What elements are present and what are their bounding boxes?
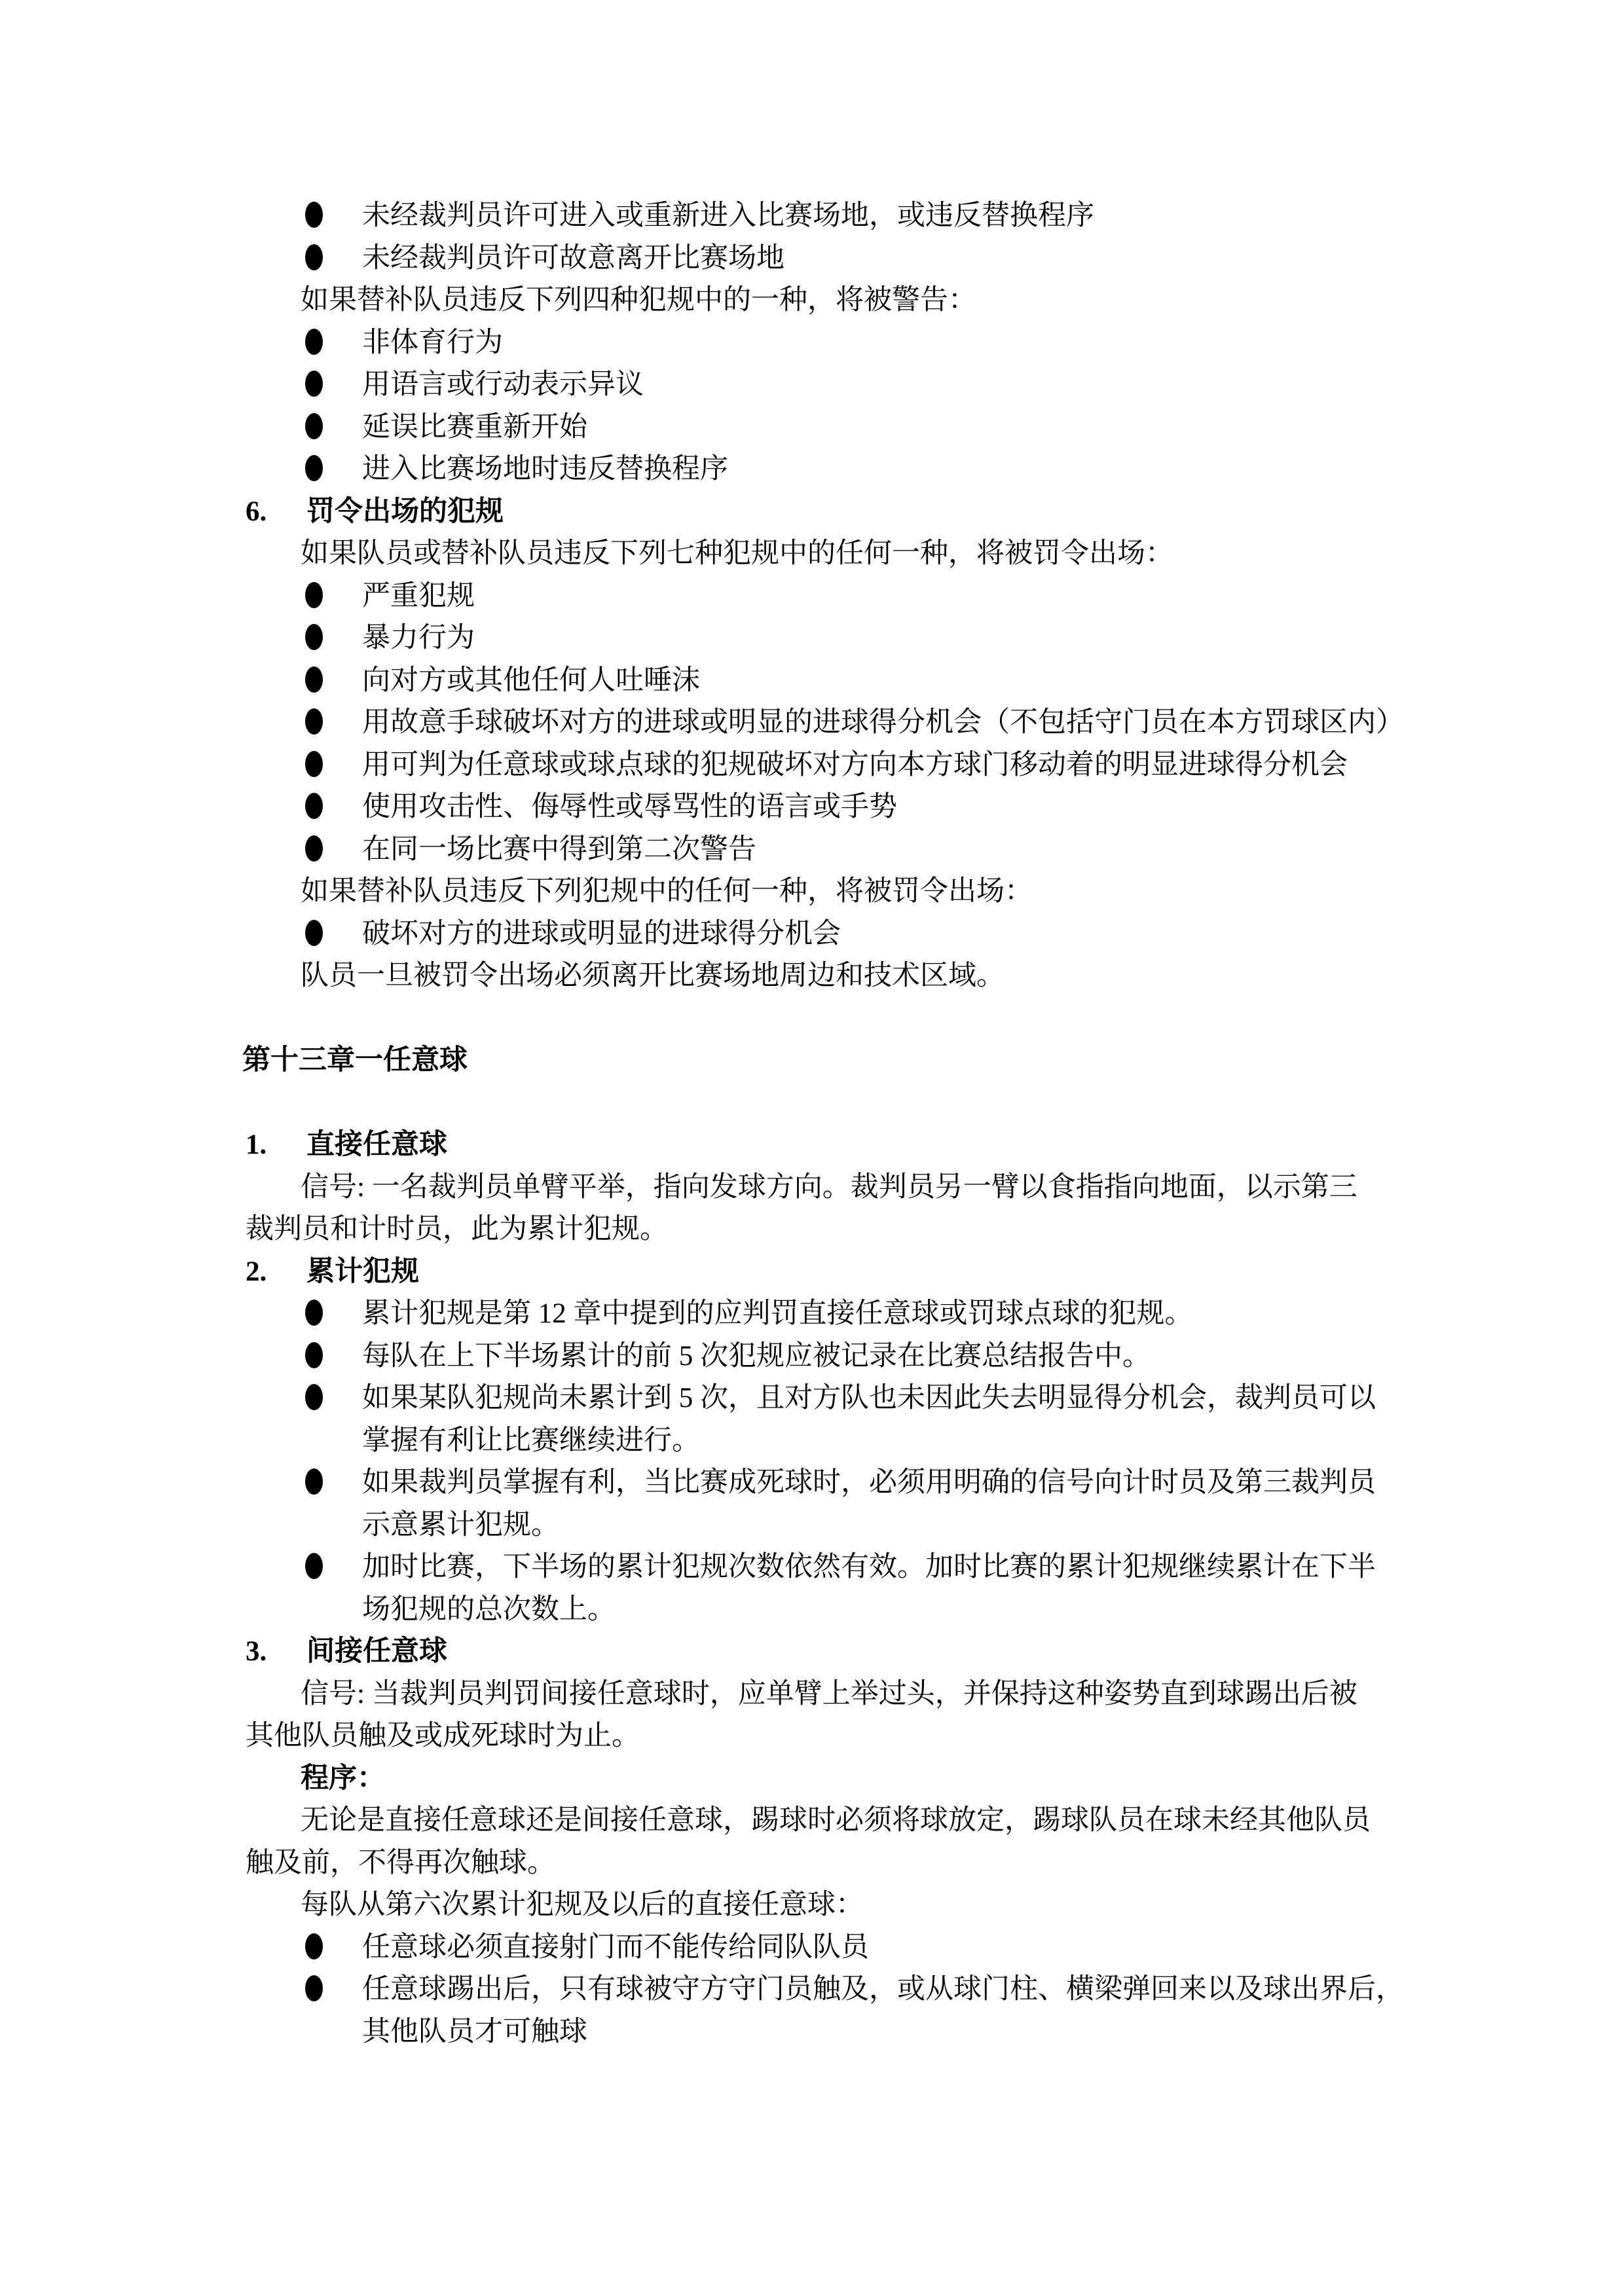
chapter-title: 第十三章一任意球	[0, 1040, 1624, 1082]
section-heading: 6.罚令出场的犯规	[0, 491, 1624, 534]
bullet-item: 加时比赛，下半场的累计犯规次数依然有效。加时比赛的累计犯规继续累计在下半	[0, 1546, 1624, 1589]
bullet-item: 累计犯规是第 12 章中提到的应判罚直接任意球或罚球点球的犯规。	[0, 1293, 1624, 1336]
blank-line	[0, 1082, 1624, 1125]
line-text: 每队在上下半场累计的前 5 次犯规应被记录在比赛总结报告中。	[362, 1341, 1151, 1372]
bullet-wrap-line: 其他队员才可触球	[0, 2011, 1624, 2054]
bullet-item: 向对方或其他任何人吐唾沫	[0, 660, 1624, 702]
line-text: 间接任意球	[306, 1636, 447, 1667]
paragraph-wrap-line: 其他队员触及或成死球时为止。	[0, 1715, 1624, 1758]
line-text: 掌握有利让比赛继续进行。	[362, 1425, 700, 1456]
line-text: 累计犯规	[306, 1256, 419, 1287]
bullet-item: 非体育行为	[0, 322, 1624, 365]
bullet-icon	[305, 582, 323, 608]
line-text: 场犯规的总次数上。	[362, 1594, 616, 1625]
page-content: 未经裁判员许可进入或重新进入比赛场地，或违反替换程序未经裁判员许可故意离开比赛场…	[0, 195, 1624, 2053]
bullet-icon	[305, 1384, 323, 1410]
bullet-item: 任意球必须直接射门而不能传给同队队员	[0, 1927, 1624, 1969]
bullet-item: 破坏对方的进球或明显的进球得分机会	[0, 913, 1624, 956]
bullet-item: 用语言或行动表示异议	[0, 364, 1624, 407]
bullet-icon	[305, 1300, 323, 1326]
bullet-icon	[305, 835, 323, 862]
line-text: 队员一旦被罚令出场必须离开比赛场地周边和技术区域。	[301, 960, 1005, 991]
bullet-icon	[305, 1975, 323, 2001]
document-page: 未经裁判员许可进入或重新进入比赛场地，或违反替换程序未经裁判员许可故意离开比赛场…	[0, 0, 1624, 2296]
line-text: 如果某队犯规尚未累计到 5 次，且对方队也未因此失去明显得分机会，裁判员可以	[362, 1383, 1376, 1413]
line-text: 加时比赛，下半场的累计犯规次数依然有效。加时比赛的累计犯规继续累计在下半	[362, 1552, 1376, 1582]
line-text: 任意球踢出后，只有球被守方守门员触及，或从球门柱、横梁弹回来以及球出界后，	[362, 1974, 1404, 2005]
line-text: 用可判为任意球或球点球的犯规破坏对方向本方球门移动着的明显进球得分机会	[362, 750, 1348, 780]
line-text: 如果替补队员违反下列四种犯规中的一种，将被警告：	[301, 285, 976, 316]
line-text: 信号: 当裁判员判罚间接任意球时，应单臂上举过头，并保持这种姿势直到球踢出后被	[301, 1679, 1357, 1709]
bullet-item: 进入比赛场地时违反替换程序	[0, 448, 1624, 491]
line-text: 直接任意球	[306, 1129, 447, 1160]
line-text: 未经裁判员许可故意离开比赛场地	[362, 243, 784, 274]
line-text: 如果替补队员违反下列犯规中的任何一种，将被罚令出场：	[301, 876, 1033, 907]
line-text: 如果裁判员掌握有利，当比赛成死球时，必须用明确的信号向计时员及第三裁判员	[362, 1467, 1376, 1498]
bullet-icon	[305, 329, 323, 355]
bullet-item: 使用攻击性、侮辱性或辱骂性的语言或手势	[0, 786, 1624, 829]
blank-line	[0, 998, 1624, 1040]
line-text: 罚令出场的犯规	[306, 496, 504, 527]
line-text: 触及前，不得再次触球。	[246, 1848, 555, 1878]
line-text: 示意累计犯规。	[362, 1510, 559, 1540]
bullet-item: 未经裁判员许可进入或重新进入比赛场地，或违反替换程序	[0, 195, 1624, 238]
item-number: 6.	[246, 491, 306, 534]
bullet-item: 如果某队犯规尚未累计到 5 次，且对方队也未因此失去明显得分机会，裁判员可以	[0, 1377, 1624, 1420]
bullet-icon	[305, 708, 323, 735]
line-text: 用语言或行动表示异议	[362, 369, 644, 400]
bullet-icon	[305, 920, 323, 946]
bullet-icon	[305, 624, 323, 650]
line-text: 暴力行为	[362, 623, 475, 653]
line-text: 裁判员和计时员，此为累计犯规。	[246, 1214, 668, 1245]
section-heading: 1.直接任意球	[0, 1124, 1624, 1167]
line-text: 破坏对方的进球或明显的进球得分机会	[362, 919, 841, 949]
bullet-icon	[305, 371, 323, 397]
line-text: 每队从第六次累计犯规及以后的直接任意球：	[301, 1889, 864, 1920]
line-text: 信号: 一名裁判员单臂平举，指向发球方向。裁判员另一臂以食指指向地面，以示第三	[301, 1172, 1357, 1203]
bullet-wrap-line: 场犯规的总次数上。	[0, 1589, 1624, 1631]
bullet-item: 用可判为任意球或球点球的犯规破坏对方向本方球门移动着的明显进球得分机会	[0, 744, 1624, 787]
line-text: 延误比赛重新开始	[362, 412, 587, 443]
line-text: 其他队员才可触球	[362, 2016, 587, 2047]
bullet-icon	[305, 1553, 323, 1579]
bullet-icon	[305, 202, 323, 228]
paragraph-line: 如果替补队员违反下列犯规中的任何一种，将被罚令出场：	[0, 871, 1624, 913]
paragraph-line: 如果替补队员违反下列四种犯规中的一种，将被警告：	[0, 280, 1624, 322]
paragraph-line: 每队从第六次累计犯规及以后的直接任意球：	[0, 1884, 1624, 1927]
line-text: 向对方或其他任何人吐唾沫	[362, 665, 700, 696]
paragraph-line: 信号: 当裁判员判罚间接任意球时，应单臂上举过头，并保持这种姿势直到球踢出后被	[0, 1673, 1624, 1716]
item-number: 2.	[246, 1251, 306, 1294]
line-text: 程序：	[301, 1763, 385, 1794]
line-text: 累计犯规是第 12 章中提到的应判罚直接任意球或罚球点球的犯规。	[362, 1298, 1193, 1329]
bullet-wrap-line: 示意累计犯规。	[0, 1504, 1624, 1547]
line-text: 第十三章一任意球	[242, 1045, 468, 1076]
item-number: 1.	[246, 1124, 306, 1167]
paragraph-line: 信号: 一名裁判员单臂平举，指向发球方向。裁判员另一臂以食指指向地面，以示第三	[0, 1167, 1624, 1209]
bullet-icon	[305, 666, 323, 693]
bullet-item: 严重犯规	[0, 575, 1624, 618]
bullet-icon	[305, 413, 323, 439]
paragraph-line: 队员一旦被罚令出场必须离开比赛场地周边和技术区域。	[0, 955, 1624, 998]
paragraph-line: 如果队员或替补队员违反下列七种犯规中的任何一种，将被罚令出场：	[0, 533, 1624, 575]
line-text: 使用攻击性、侮辱性或辱骂性的语言或手势	[362, 792, 897, 822]
bullet-wrap-line: 掌握有利让比赛继续进行。	[0, 1420, 1624, 1463]
line-text: 任意球必须直接射门而不能传给同队队员	[362, 1932, 869, 1963]
section-heading: 3.间接任意球	[0, 1631, 1624, 1673]
bullet-icon	[305, 1933, 323, 1959]
bullet-icon	[305, 1468, 323, 1495]
bullet-icon	[305, 793, 323, 819]
line-text: 用故意手球破坏对方的进球或明显的进球得分机会（不包括守门员在本方罚球区内）	[362, 707, 1404, 738]
bullet-icon	[305, 751, 323, 777]
line-text: 其他队员触及或成死球时为止。	[246, 1721, 640, 1751]
bullet-item: 在同一场比赛中得到第二次警告	[0, 829, 1624, 871]
line-text: 无论是直接任意球还是间接任意球，踢球时必须将球放定，踢球队员在球未经其他队员	[301, 1805, 1371, 1836]
bullet-item: 每队在上下半场累计的前 5 次犯规应被记录在比赛总结报告中。	[0, 1336, 1624, 1378]
bullet-icon	[305, 455, 323, 481]
line-text: 未经裁判员许可进入或重新进入比赛场地，或违反替换程序	[362, 200, 1094, 231]
item-number: 3.	[246, 1631, 306, 1673]
procedure-heading: 程序：	[0, 1758, 1624, 1800]
bullet-item: 任意球踢出后，只有球被守方守门员触及，或从球门柱、横梁弹回来以及球出界后，	[0, 1969, 1624, 2011]
bullet-item: 如果裁判员掌握有利，当比赛成死球时，必须用明确的信号向计时员及第三裁判员	[0, 1462, 1624, 1504]
bullet-item: 用故意手球破坏对方的进球或明显的进球得分机会（不包括守门员在本方罚球区内）	[0, 702, 1624, 744]
line-text: 进入比赛场地时违反替换程序	[362, 454, 728, 484]
bullet-item: 延误比赛重新开始	[0, 407, 1624, 449]
bullet-item: 未经裁判员许可故意离开比赛场地	[0, 238, 1624, 280]
section-heading: 2.累计犯规	[0, 1251, 1624, 1294]
line-text: 在同一场比赛中得到第二次警告	[362, 834, 756, 865]
paragraph-line: 无论是直接任意球还是间接任意球，踢球时必须将球放定，踢球队员在球未经其他队员	[0, 1800, 1624, 1842]
bullet-icon	[305, 244, 323, 270]
line-text: 如果队员或替补队员违反下列七种犯规中的任何一种，将被罚令出场：	[301, 538, 1173, 569]
bullet-item: 暴力行为	[0, 617, 1624, 660]
bullet-icon	[305, 1342, 323, 1368]
paragraph-wrap-line: 触及前，不得再次触球。	[0, 1842, 1624, 1885]
line-text: 严重犯规	[362, 581, 475, 611]
line-text: 非体育行为	[362, 327, 503, 358]
paragraph-wrap-line: 裁判员和计时员，此为累计犯规。	[0, 1209, 1624, 1251]
